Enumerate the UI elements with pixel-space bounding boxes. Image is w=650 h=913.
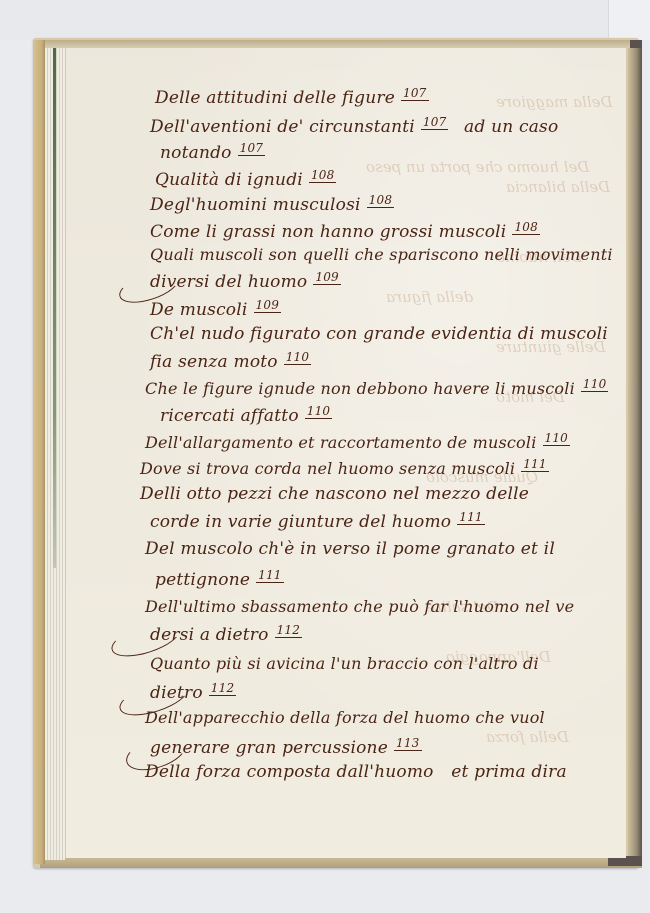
folio-ref: 110 — [581, 377, 609, 392]
folio-ref: 113 — [394, 736, 422, 751]
manuscript-text: Delle attitudini delle figure107 Dell'av… — [0, 0, 650, 913]
folio-ref: 108 — [512, 220, 540, 235]
line-text: Del muscolo ch'è in verso il pome granat… — [145, 539, 555, 559]
toc-line: Come li grassi non hanno grossi muscoli1… — [150, 220, 540, 242]
folio-ref: 108 — [367, 193, 395, 208]
toc-line: Qualità di ignudi108 — [155, 168, 336, 190]
line-text-tail: ad un caso — [464, 117, 558, 137]
line-text: Delle attitudini delle figure — [155, 88, 395, 108]
toc-line: De muscoli109 — [150, 298, 281, 320]
line-text: Dell'aventioni de' circunstanti — [150, 117, 415, 137]
line-text: Dell'ultimo sbassamento che può far l'hu… — [145, 597, 574, 616]
line-text: Dell'apparecchio della forza del huomo c… — [145, 708, 545, 727]
folio-ref: 107 — [421, 115, 449, 130]
toc-line: Quanto più si avicina l'un braccio con l… — [150, 654, 539, 673]
toc-line: fia senza moto110 — [150, 350, 311, 372]
line-text-tail: et prima dira — [451, 762, 567, 782]
line-text: Degl'huomini musculosi — [150, 195, 361, 215]
toc-line: ricercati affatto110 — [160, 404, 332, 426]
line-text: Delli otto pezzi che nascono nel mezzo d… — [140, 484, 529, 504]
toc-line: Degl'huomini musculosi108 — [150, 193, 394, 215]
toc-line: notando107 — [160, 141, 265, 163]
folio-ref: 112 — [275, 623, 303, 638]
line-text: pettignone — [155, 570, 250, 590]
line-text: notando — [160, 143, 232, 163]
toc-line: Delle attitudini delle figure107 — [155, 86, 429, 108]
line-text: Ch'el nudo figurato con grande evidentia… — [150, 324, 608, 344]
folio-ref: 107 — [238, 141, 266, 156]
folio-ref: 111 — [521, 457, 549, 472]
line-text: Come li grassi non hanno grossi muscoli — [150, 222, 506, 242]
toc-line: Dove si trova corda nel huomo senza musc… — [140, 457, 549, 478]
folio-ref: 111 — [256, 568, 284, 583]
line-text: Della forza composta dall'huomo — [145, 762, 434, 782]
line-text: fia senza moto — [150, 352, 278, 372]
folio-ref: 108 — [309, 168, 337, 183]
line-text: Che le figure ignude non debbono havere … — [145, 379, 575, 398]
folio-ref: 110 — [543, 431, 571, 446]
toc-line: Del muscolo ch'è in verso il pome granat… — [145, 539, 555, 559]
toc-line: Della forza composta dall'huomo et prima… — [145, 762, 567, 782]
toc-line: Dell'ultimo sbassamento che può far l'hu… — [145, 597, 574, 616]
folio-ref: 107 — [401, 86, 429, 101]
toc-line: Dell'apparecchio della forza del huomo c… — [145, 708, 545, 727]
folio-ref: 109 — [313, 270, 341, 285]
folio-ref: 110 — [284, 350, 312, 365]
toc-line: generare gran percussione113 — [150, 736, 422, 758]
toc-line: pettignone111 — [155, 568, 284, 590]
toc-line: Ch'el nudo figurato con grande evidentia… — [150, 324, 608, 344]
line-text: ricercati affatto — [160, 406, 299, 426]
toc-line: Quali muscoli son quelli che spariscono … — [150, 245, 613, 264]
line-text: Dell'allargamento et raccortamento de mu… — [145, 433, 537, 452]
toc-line: Che le figure ignude non debbono havere … — [145, 377, 608, 398]
toc-line: Delli otto pezzi che nascono nel mezzo d… — [140, 484, 529, 504]
line-text: Qualità di ignudi — [155, 170, 303, 190]
folio-ref: 109 — [254, 298, 282, 313]
folio-ref: 112 — [209, 681, 237, 696]
toc-line: Dell'allargamento et raccortamento de mu… — [145, 431, 570, 452]
line-text: Quali muscoli son quelli che spariscono … — [150, 245, 613, 264]
folio-ref: 110 — [305, 404, 333, 419]
line-text: Dove si trova corda nel huomo senza musc… — [140, 459, 515, 478]
line-text: De muscoli — [150, 300, 248, 320]
folio-ref: 111 — [457, 510, 485, 525]
line-text: corde in varie giunture del huomo — [150, 512, 451, 532]
toc-line: Dell'aventioni de' circunstanti107 ad un… — [150, 115, 558, 137]
toc-line: corde in varie giunture del huomo111 — [150, 510, 485, 532]
line-text: Quanto più si avicina l'un braccio con l… — [150, 654, 539, 673]
